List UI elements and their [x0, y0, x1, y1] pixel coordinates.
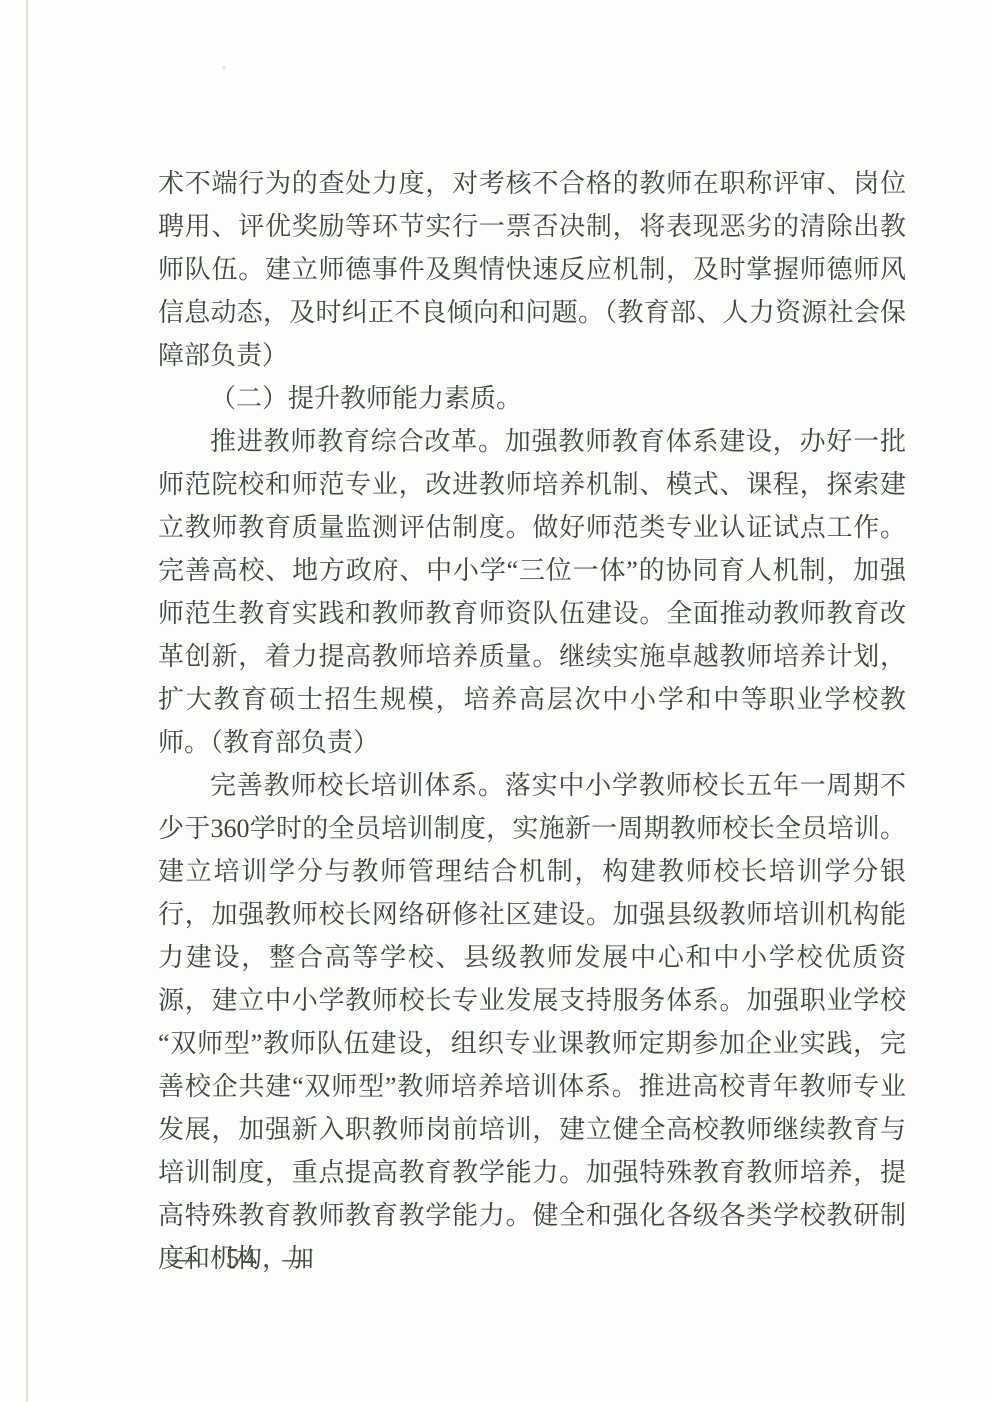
- page-number: — 54 —: [172, 1243, 313, 1274]
- paragraph-teacher-education-reform: 推进教师教育综合改革。加强教师教育体系建设，办好一批师范院校和师范专业，改进教师…: [158, 420, 906, 764]
- paragraph-section-heading: （二）提升教师能力素质。: [158, 377, 906, 420]
- paragraph-teacher-principal-training: 完善教师校长培训体系。落实中小学教师校长五年一周期不少于360学时的全员培训制度…: [158, 764, 906, 1280]
- document-body: 术不端行为的查处力度，对考核不合格的教师在职称评审、岗位聘用、评优奖励等环节实行…: [158, 162, 906, 1280]
- scanned-document-page: 术不端行为的查处力度，对考核不合格的教师在职称评审、岗位聘用、评优奖励等环节实行…: [0, 0, 992, 1402]
- paragraph-continuation: 术不端行为的查处力度，对考核不合格的教师在职称评审、岗位聘用、评优奖励等环节实行…: [158, 162, 906, 377]
- scan-noise-speck: [222, 66, 226, 69]
- scan-edge-artifact: [26, 0, 28, 1402]
